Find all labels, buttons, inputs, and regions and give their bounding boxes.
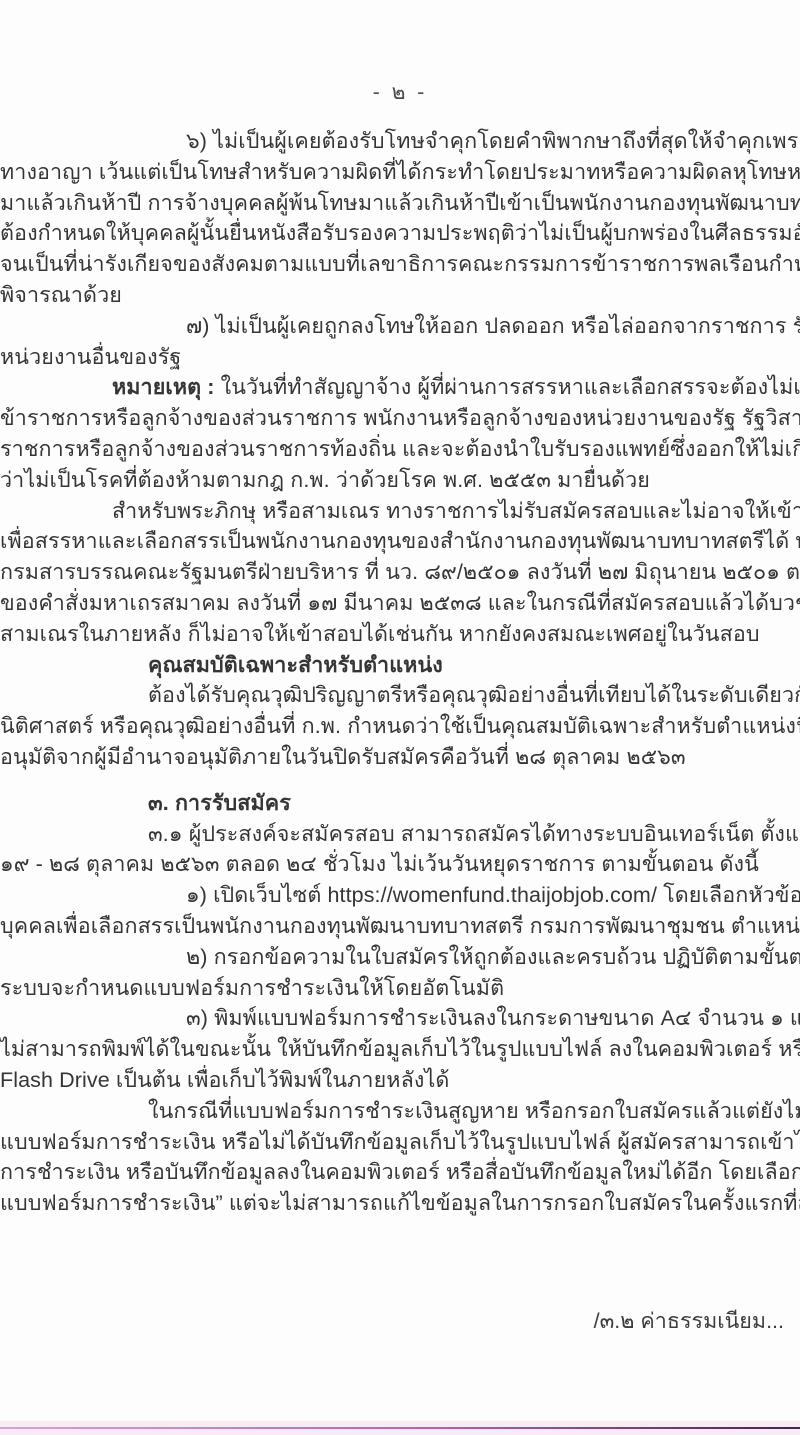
text-run: จนเป็นที่น่ารังเกียจของสังคมตามแบบที่เลข… xyxy=(0,252,800,276)
text-run: ของคำสั่งมหาเถรสมาคม ลงวันที่ ๑๗ มีนาคม … xyxy=(0,591,800,615)
text-run: ต้องกำหนดให้บุคคลผู้นั้นยื่นหนังสือรับรอ… xyxy=(0,221,800,245)
text-line: มาแล้วเกินห้าปี การจ้างบุคคลผู้พ้นโทษมาแ… xyxy=(0,188,800,219)
text-line: ๑๙ - ๒๘ ตุลาคม ๒๕๖๓ ตลอด ๒๔ ชั่วโมง ไม่เ… xyxy=(0,849,800,880)
text-line: Flash Drive เป็นต้น เพื่อเก็บไว้พิมพ์ในภ… xyxy=(0,1065,800,1096)
bold-text-run: หมายเหตุ : xyxy=(112,375,221,399)
text-line: ของคำสั่งมหาเถรสมาคม ลงวันที่ ๑๗ มีนาคม … xyxy=(0,588,800,619)
text-run: พิจารณาด้วย xyxy=(0,283,122,307)
document-body: ๖) ไม่เป็นผู้เคยต้องรับโทษจำคุกโดยคำพิพา… xyxy=(0,126,800,1219)
page-number: - ๒ - xyxy=(0,76,800,109)
text-line: ทางอาญา เว้นแต่เป็นโทษสำหรับความผิดที่ได… xyxy=(0,157,800,188)
text-line: ๒) กรอกข้อความในใบสมัครให้ถูกต้องและครบถ… xyxy=(0,942,800,973)
scan-edge-accent-line xyxy=(0,1427,800,1429)
text-run: การชำระเงิน หรือบันทึกข้อมูลลงในคอมพิวเต… xyxy=(0,1160,800,1184)
text-line: สำหรับพระภิกษุ หรือสามเณร ทางราชการไม่รั… xyxy=(0,496,800,527)
text-run: ในกรณีที่แบบฟอร์มการชำระเงินสูญหาย หรือก… xyxy=(148,1099,800,1123)
text-run: ต้องได้รับคุณวุฒิปริญญาตรีหรือคุณวุฒิอย่… xyxy=(148,683,800,707)
text-line: ๓.๑ ผู้ประสงค์จะสมัครสอบ สามารถสมัครได้ท… xyxy=(0,819,800,850)
text-run: สำหรับพระภิกษุ หรือสามเณร ทางราชการไม่รั… xyxy=(112,499,800,523)
text-run: เพื่อสรรหาและเลือกสรรเป็นพนักงานกองทุนขอ… xyxy=(0,529,800,553)
text-line: พิจารณาด้วย xyxy=(0,280,800,311)
text-run: หน่วยงานอื่นของรัฐ xyxy=(0,345,181,369)
text-run: ๑) เปิดเว็บไซต์ https://womenfund.thaijo… xyxy=(186,883,800,907)
text-line: ๑) เปิดเว็บไซต์ https://womenfund.thaijo… xyxy=(0,880,800,911)
text-run: ระบบจะกำหนดแบบฟอร์มการชำระเงินให้โดยอัตโ… xyxy=(0,976,504,1000)
continuation-note: /๓.๒ ค่าธรรมเนียม... xyxy=(594,1304,784,1338)
text-run: ๖) ไม่เป็นผู้เคยต้องรับโทษจำคุกโดยคำพิพา… xyxy=(186,129,800,153)
text-line: อนุมัติจากผู้มีอำนาจอนุมัติภายในวันปิดรั… xyxy=(0,742,800,773)
text-run: บุคคลเพื่อเลือกสรรเป็นพนักงานกองทุนพัฒนา… xyxy=(0,914,800,938)
text-line: หมายเหตุ : ในวันที่ทำสัญญาจ้าง ผู้ที่ผ่า… xyxy=(0,372,800,403)
text-line: สามเณรในภายหลัง ก็ไม่อาจให้เข้าสอบได้เช่… xyxy=(0,619,800,650)
text-run: ว่าไม่เป็นโรคที่ต้องห้ามตามกฎ ก.พ. ว่าด้… xyxy=(0,468,650,492)
text-line: ต้องกำหนดให้บุคคลผู้นั้นยื่นหนังสือรับรอ… xyxy=(0,218,800,249)
text-run: ไม่สามารถพิมพ์ได้ในขณะนั้น ให้บันทึกข้อม… xyxy=(0,1037,800,1061)
text-line: ๓) พิมพ์แบบฟอร์มการชำระเงินลงในกระดาษขนา… xyxy=(0,1003,800,1034)
text-line: ในกรณีที่แบบฟอร์มการชำระเงินสูญหาย หรือก… xyxy=(0,1096,800,1127)
text-line: ราชการหรือลูกจ้างของส่วนราชการท้องถิ่น แ… xyxy=(0,434,800,465)
text-run: ๓.๑ ผู้ประสงค์จะสมัครสอบ สามารถสมัครได้ท… xyxy=(148,822,800,846)
section-heading: คุณสมบัติเฉพาะสำหรับตำแหน่ง xyxy=(0,650,800,681)
text-line: เพื่อสรรหาและเลือกสรรเป็นพนักงานกองทุนขอ… xyxy=(0,526,800,557)
text-line: นิติศาสตร์ หรือคุณวุฒิอย่างอื่นที่ ก.พ. … xyxy=(0,711,800,742)
text-run: ๓) พิมพ์แบบฟอร์มการชำระเงินลงในกระดาษขนา… xyxy=(186,1006,800,1030)
text-line: ว่าไม่เป็นโรคที่ต้องห้ามตามกฎ ก.พ. ว่าด้… xyxy=(0,465,800,496)
text-run: ในวันที่ทำสัญญาจ้าง ผู้ที่ผ่านการสรรหาแล… xyxy=(221,375,800,399)
text-run: ๒) กรอกข้อความในใบสมัครให้ถูกต้องและครบถ… xyxy=(186,945,800,969)
bold-text-run: ๓. การรับสมัคร xyxy=(148,791,291,815)
text-line: บุคคลเพื่อเลือกสรรเป็นพนักงานกองทุนพัฒนา… xyxy=(0,911,800,942)
section-heading: ๓. การรับสมัคร xyxy=(0,788,800,819)
text-line: ข้าราชการหรือลูกจ้างของส่วนราชการ พนักงา… xyxy=(0,403,800,434)
bold-text-run: คุณสมบัติเฉพาะสำหรับตำแหน่ง xyxy=(148,653,443,677)
text-line: จนเป็นที่น่ารังเกียจของสังคมตามแบบที่เลข… xyxy=(0,249,800,280)
text-run: อนุมัติจากผู้มีอำนาจอนุมัติภายในวันปิดรั… xyxy=(0,745,686,769)
text-line: การชำระเงิน หรือบันทึกข้อมูลลงในคอมพิวเต… xyxy=(0,1157,800,1188)
scan-edge-band xyxy=(0,1421,800,1435)
text-run: กรมสารบรรณคณะรัฐมนตรีฝ่ายบริหาร ที่ นว. … xyxy=(0,560,800,584)
text-line: ต้องได้รับคุณวุฒิปริญญาตรีหรือคุณวุฒิอย่… xyxy=(0,680,800,711)
text-line: ไม่สามารถพิมพ์ได้ในขณะนั้น ให้บันทึกข้อม… xyxy=(0,1034,800,1065)
text-line: แบบฟอร์มการชำระเงิน” แต่จะไม่สามารถแก้ไข… xyxy=(0,1188,800,1219)
text-run: แบบฟอร์มการชำระเงิน” แต่จะไม่สามารถแก้ไข… xyxy=(0,1191,800,1215)
text-run: ๑๙ - ๒๘ ตุลาคม ๒๕๖๓ ตลอด ๒๔ ชั่วโมง ไม่เ… xyxy=(0,852,759,876)
text-line: กรมสารบรรณคณะรัฐมนตรีฝ่ายบริหาร ที่ นว. … xyxy=(0,557,800,588)
text-run: ข้าราชการหรือลูกจ้างของส่วนราชการ พนักงา… xyxy=(0,406,800,430)
text-line: ๖) ไม่เป็นผู้เคยต้องรับโทษจำคุกโดยคำพิพา… xyxy=(0,126,800,157)
text-run: Flash Drive เป็นต้น เพื่อเก็บไว้พิมพ์ในภ… xyxy=(0,1068,449,1092)
text-run: ๗) ไม่เป็นผู้เคยถูกลงโทษให้ออก ปลดออก หร… xyxy=(186,314,800,338)
text-line: หน่วยงานอื่นของรัฐ xyxy=(0,342,800,373)
text-run: สามเณรในภายหลัง ก็ไม่อาจให้เข้าสอบได้เช่… xyxy=(0,622,760,646)
text-run: นิติศาสตร์ หรือคุณวุฒิอย่างอื่นที่ ก.พ. … xyxy=(0,714,800,738)
text-line: ระบบจะกำหนดแบบฟอร์มการชำระเงินให้โดยอัตโ… xyxy=(0,973,800,1004)
text-line: แบบฟอร์มการชำระเงิน หรือไม่ได้บันทึกข้อม… xyxy=(0,1127,800,1158)
text-run: ทางอาญา เว้นแต่เป็นโทษสำหรับความผิดที่ได… xyxy=(0,160,800,184)
text-run: ราชการหรือลูกจ้างของส่วนราชการท้องถิ่น แ… xyxy=(0,437,800,461)
text-line: ๗) ไม่เป็นผู้เคยถูกลงโทษให้ออก ปลดออก หร… xyxy=(0,311,800,342)
text-run: มาแล้วเกินห้าปี การจ้างบุคคลผู้พ้นโทษมาแ… xyxy=(0,191,800,215)
text-run: แบบฟอร์มการชำระเงิน หรือไม่ได้บันทึกข้อม… xyxy=(0,1130,800,1154)
